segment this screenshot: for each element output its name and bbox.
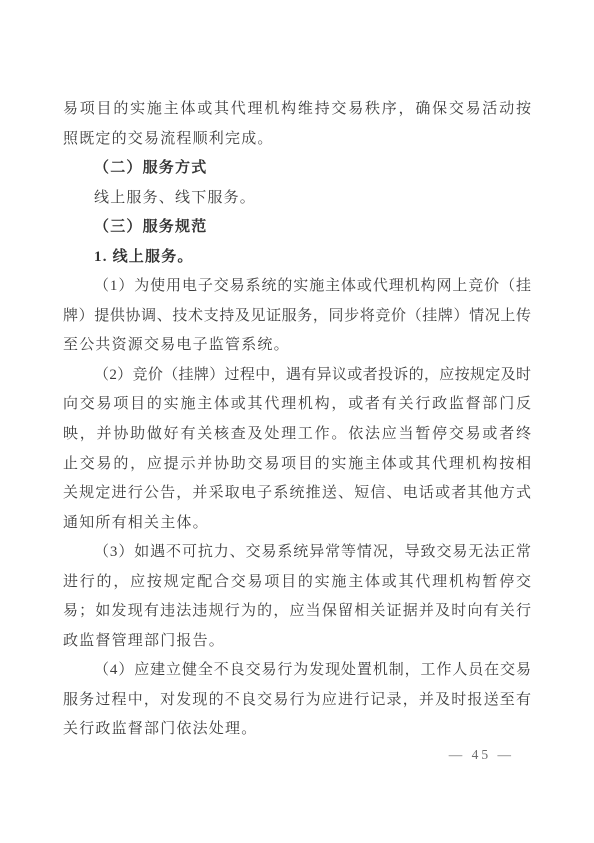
text-line: 至公共资源交易电子监管系统。	[63, 331, 531, 361]
text-line: （1）为使用电子交易系统的实施主体或代理机构网上竞价（挂	[63, 272, 531, 302]
text-line: 易项目的实施主体或其代理机构维持交易秩序，确保交易活动按	[63, 95, 531, 125]
text-line: 进行的，应按规定配合交易项目的实施主体或其代理机构暂停交	[63, 568, 531, 598]
text-line: （2）竞价（挂牌）过程中，遇有异议或者投诉的，应按规定及时	[63, 361, 531, 391]
text-line: 易；如发现有违法违规行为的，应当保留相关证据并及时向有关行	[63, 597, 531, 627]
text-line: 映，并协助做好有关核查及处理工作。依法应当暂停交易或者终	[63, 420, 531, 450]
text-line: 政监督管理部门报告。	[63, 627, 531, 657]
text-line: 关行政监督部门依法处理。	[63, 715, 531, 745]
text-line: 通知所有相关主体。	[63, 509, 531, 539]
page-number: — 45 —	[449, 746, 514, 764]
subheading-line: 1. 线上服务。	[63, 243, 531, 273]
text-line: 关规定进行公告，并采取电子系统推送、短信、电话或者其他方式	[63, 479, 531, 509]
text-line: 向交易项目的实施主体或其代理机构，或者有关行政监督部门反	[63, 390, 531, 420]
text-line: （3）如遇不可抗力、交易系统异常等情况，导致交易无法正常	[63, 538, 531, 568]
section-heading-line: （三）服务规范	[63, 213, 531, 243]
text-line: （4）应建立健全不良交易行为发现处置机制，工作人员在交易	[63, 656, 531, 686]
text-line: 止交易的，应提示并协助交易项目的实施主体或其代理机构按相	[63, 450, 531, 480]
text-line: 服务过程中，对发现的不良交易行为应进行记录，并及时报送至有	[63, 686, 531, 716]
text-line: 牌）提供协调、技术支持及见证服务，同步将竞价（挂牌）情况上传	[63, 302, 531, 332]
section-heading-line: （二）服务方式	[63, 154, 531, 184]
document-body: 易项目的实施主体或其代理机构维持交易秩序，确保交易活动按照既定的交易流程顺利完成…	[63, 95, 531, 745]
text-line: 线上服务、线下服务。	[63, 184, 531, 214]
text-line: 照既定的交易流程顺利完成。	[63, 125, 531, 155]
document-page: 易项目的实施主体或其代理机构维持交易秩序，确保交易活动按照既定的交易流程顺利完成…	[0, 0, 594, 843]
